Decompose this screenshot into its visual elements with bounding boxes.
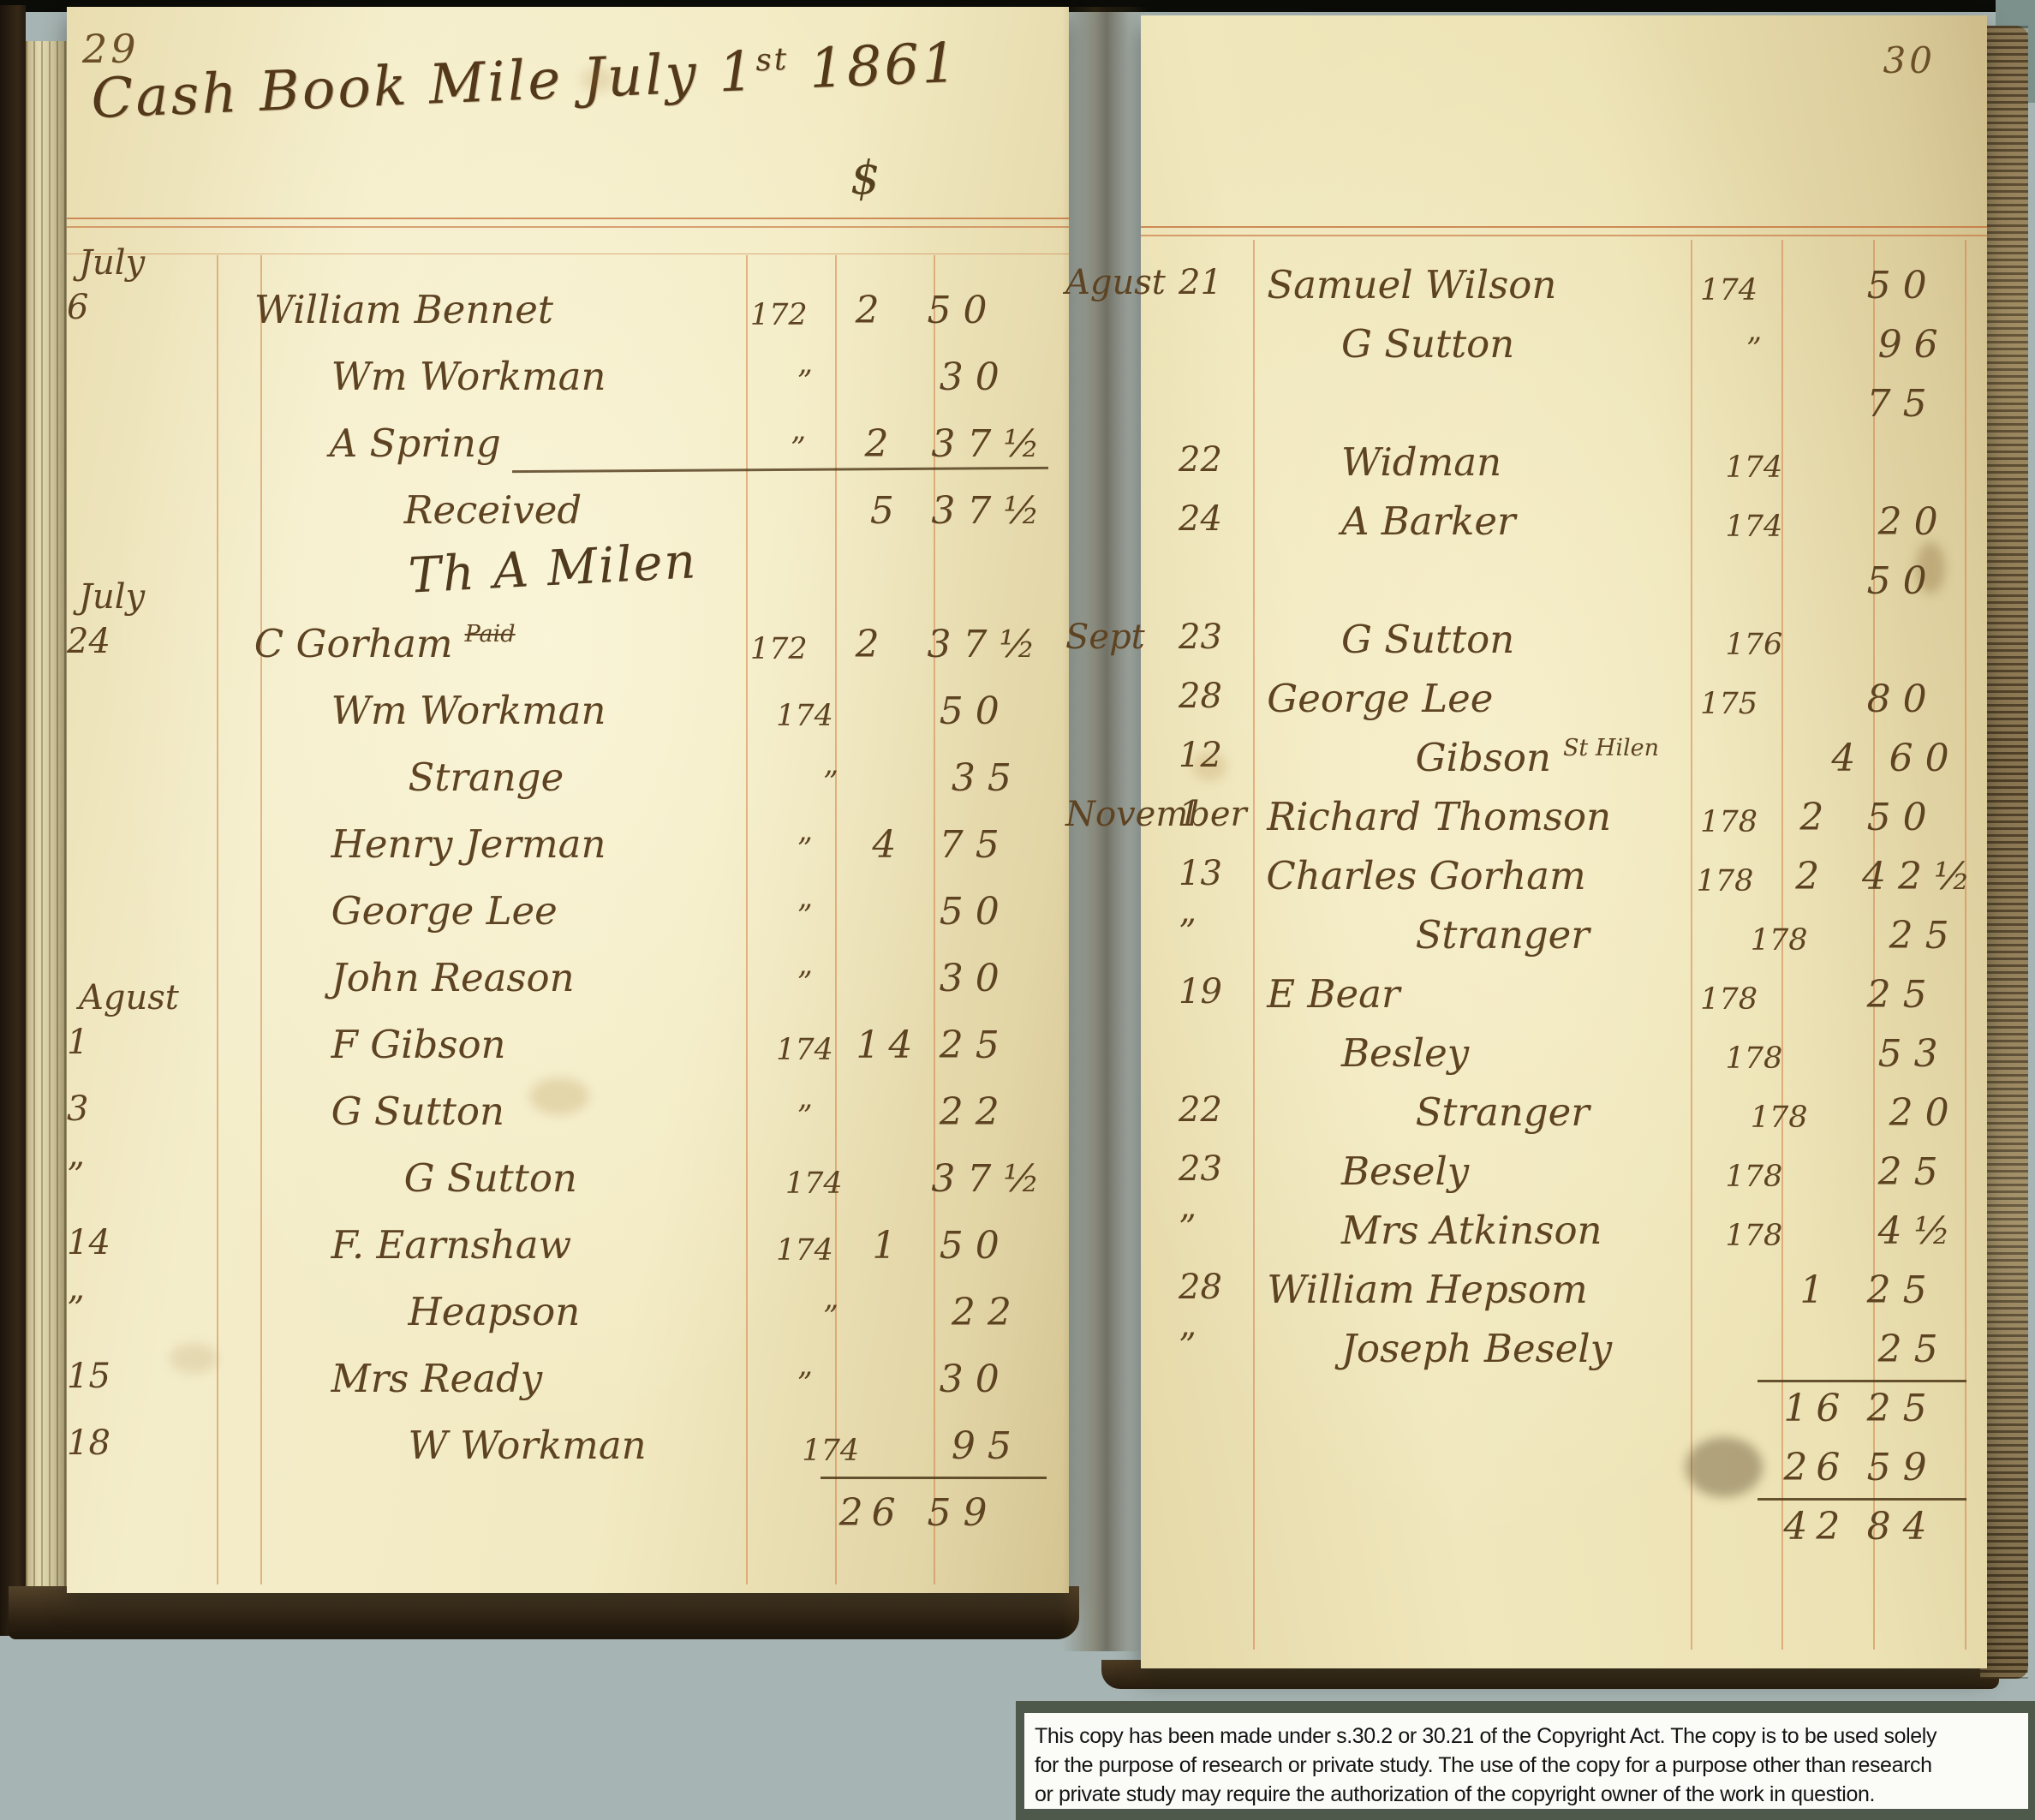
entry-day: 22 [1179, 1090, 1226, 1135]
ledger-row: 22Stranger17820 [1141, 1081, 1972, 1140]
entry-amount-dollars: 2 [823, 623, 921, 671]
ledger-row: Henry Jerman”475 [67, 805, 1052, 872]
dollar-sign: $ [850, 151, 880, 205]
entry-date-cell: 3 [67, 1089, 227, 1139]
entry-day: 21 [1179, 263, 1248, 307]
entry-amount-cents: 96 [1871, 323, 1972, 372]
entry-name: William Bennet [244, 287, 735, 337]
entry-amount-cents: 50 [921, 289, 1052, 337]
entry-name: A Barker [1237, 498, 1716, 549]
entry-amount-cents: 50 [933, 890, 1052, 939]
entry-amount-cents: 35 [945, 756, 1052, 805]
entry-amount-dollars: 2 [823, 289, 921, 337]
entry-amount-dollars: 4 [844, 823, 933, 872]
page-stain [581, 67, 615, 92]
entry-folio-ref: 174 [779, 1167, 848, 1206]
entry-date-cell: Sept23 [1141, 618, 1237, 667]
entry-day: 12 [1179, 736, 1226, 780]
entry-folio-ref: 172 [735, 298, 823, 337]
ledger-title-year: 1861 [788, 32, 960, 102]
entry-amount-cents: 25 [933, 1023, 1052, 1072]
entry-amount-cents: 75 [1860, 382, 1972, 431]
ledger-row: Agust21Samuel Wilson17450 [1141, 254, 1972, 313]
entry-folio-ref: 178 [1682, 864, 1769, 904]
entry-name: Besely [1237, 1149, 1716, 1199]
entry-day: ” [1179, 913, 1226, 958]
entry-name: E Bear [1248, 971, 1686, 1022]
entry-folio-ref: 174 [765, 699, 844, 738]
entry-amount-cents: 30 [933, 957, 1052, 1005]
entry-amount-cents: 25 [1883, 914, 1972, 963]
entry-amount-dollars: 2 [838, 422, 925, 471]
entry-day: 13 [1179, 854, 1247, 898]
entry-date-cell: 23 [1141, 1149, 1237, 1199]
copyright-notice: This copy has been made under s.30.2 or … [1024, 1713, 2028, 1809]
scanned-ledger-page: 29 Cash Book Mile July 1st 1861 $ July6W… [0, 0, 2035, 1820]
entry-date-cell: 15 [67, 1357, 227, 1406]
entry-amount-cents: 59 [1860, 1446, 1972, 1495]
entry-note: St Hilen [1563, 735, 1659, 761]
copyright-notice-line: This copy has been made under s.30.2 or … [1035, 1722, 2018, 1751]
entry-date-cell: 28 [1141, 1268, 1248, 1317]
ledger-row: July6William Bennet172250 [67, 271, 1052, 337]
entry-amount-dollars: 16 [1772, 1387, 1859, 1435]
ledger-row: Besley17853 [1141, 1022, 1972, 1081]
book-fore-edge [1980, 26, 2028, 1679]
ledger-row: July24C GorhamPaid172237½ [67, 605, 1052, 671]
entry-day: 28 [1179, 1268, 1248, 1312]
entry-amount-dollars: 4 [1813, 737, 1883, 785]
entry-name: Stranger [1226, 1089, 1746, 1140]
copyright-notice-line: for the purpose of research or private s… [1035, 1751, 2018, 1780]
entry-folio-ref: 178 [1745, 923, 1813, 963]
ledger-row: 14F. Earnshaw174150 [67, 1206, 1052, 1273]
entry-date-cell: 22 [1141, 1090, 1226, 1140]
ledger-row: 24A Barker17420 [1141, 490, 1972, 549]
entry-folio-ref: 178 [1716, 1219, 1793, 1258]
header-rule [67, 218, 1069, 228]
entry-name: William Hepsom [1248, 1267, 1686, 1317]
entry-name: Mrs Atkinson [1237, 1208, 1716, 1258]
entry-name: Stranger [1226, 912, 1746, 963]
header-rule [1141, 226, 1987, 236]
ledger-row: 19E Bear17825 [1141, 963, 1972, 1022]
entry-name: Joseph Besely [1237, 1326, 1716, 1376]
ledger-row: G Sutton”96 [1141, 313, 1972, 372]
entry-amount-cents: 50 [1860, 264, 1972, 313]
ledger-row: 12GibsonSt Hilen460 [1141, 726, 1972, 785]
entry-amount-cents: 25 [1860, 1268, 1972, 1317]
entry-month: November [1065, 795, 1247, 839]
entry-name: G Sutton [1237, 617, 1716, 667]
entry-folio-ref: ” [1716, 332, 1793, 372]
entry-amount-cents: 22 [933, 1090, 1052, 1139]
entry-name: Heapson [210, 1289, 796, 1340]
entry-day: 19 [1179, 972, 1248, 1017]
entry-name: Charles Gorham [1247, 853, 1681, 904]
entry-month: Agust [1065, 263, 1166, 307]
entry-folio-ref: ” [795, 766, 866, 805]
entry-folio-ref: 175 [1686, 687, 1772, 726]
entry-amount-cents: 53 [1871, 1032, 1972, 1081]
ledger-row: 50 [1141, 549, 1972, 608]
ledger-total-row: 2659 [67, 1473, 1052, 1540]
entry-name: A Spring [225, 421, 759, 471]
entry-name: Wm Workman [227, 354, 765, 404]
entry-name: Mrs Ready [227, 1356, 765, 1406]
ledger-row: 75 [1141, 372, 1972, 431]
entry-amount-cents: 37½ [921, 623, 1052, 671]
entry-name: Widman [1237, 439, 1716, 490]
entry-name: G Sutton [1237, 321, 1716, 372]
entry-day: 6 [67, 288, 244, 332]
entry-date-cell: July24 [67, 577, 244, 671]
entry-folio-ref: 178 [1686, 982, 1772, 1022]
entry-day: 14 [67, 1223, 227, 1268]
entry-amount-cents: 30 [933, 355, 1052, 404]
entry-date-cell: ” [67, 1290, 210, 1340]
ledger-title-text: Cash Book Mile July 1 [90, 40, 757, 131]
ledger-page-right: 30 Agust21Samuel Wilson17450G Sutton”967… [1141, 15, 1987, 1668]
entry-amount-cents: 20 [1883, 1091, 1972, 1140]
entry-folio-ref: ” [765, 1100, 844, 1139]
entry-day: 18 [67, 1423, 210, 1468]
ledger-row: George Lee”50 [67, 872, 1052, 939]
entry-day: 15 [67, 1357, 227, 1401]
entry-amount-cents: 25 [1871, 1328, 1972, 1376]
book-bottom-edge-left [9, 1586, 1079, 1639]
entry-amount-cents: 42½ [1855, 855, 1972, 904]
entry-day: 24 [1179, 499, 1237, 544]
entry-date-cell: July6 [67, 243, 244, 337]
entry-amount-cents: 50 [1860, 796, 1972, 844]
entry-amount-cents: 50 [933, 1224, 1052, 1273]
entry-amount-cents: 20 [1871, 500, 1972, 549]
ledger-row: Wm Workman17450 [67, 671, 1052, 738]
ledger-row: A Spring”237½ [67, 404, 1052, 471]
entry-day: ” [1179, 1327, 1237, 1371]
ledger-row: 3G Sutton”22 [67, 1072, 1052, 1139]
entry-name: Strange [210, 755, 796, 805]
entry-day: 23 [1179, 1149, 1237, 1194]
entry-date-cell: November1 [1141, 795, 1248, 844]
ledger-rows-left: July6William Bennet172250Wm Workman”30A … [67, 271, 1052, 1540]
ledger-row: Sept23G Sutton176 [1141, 608, 1972, 667]
entry-date-cell [1141, 1548, 1248, 1554]
entry-date-cell: 14 [67, 1223, 227, 1273]
entry-amount-cents: 95 [945, 1424, 1052, 1473]
ledger-row: Received537½ [67, 471, 1052, 538]
entry-date-cell: Agust1 [67, 978, 227, 1072]
entry-amount-cents: 80 [1860, 677, 1972, 726]
entry-amount-cents: 30 [933, 1358, 1052, 1406]
entry-date-cell: 12 [1141, 736, 1226, 785]
ledger-total-row: 2659 [1141, 1435, 1972, 1495]
entry-date-cell [67, 1535, 244, 1540]
entry-folio-ref: 174 [765, 1033, 844, 1072]
entry-name: G Sutton [206, 1155, 779, 1206]
ledger-row: November1Richard Thomson178250 [1141, 785, 1972, 844]
entry-amount-cents: 37½ [924, 489, 1052, 538]
entry-folio-ref: 178 [1716, 1160, 1793, 1199]
page-number-left: 29 [82, 26, 140, 72]
entry-name: Samuel Wilson [1248, 262, 1686, 313]
entry-month: July [67, 243, 207, 288]
entry-folio-ref: 174 [765, 1233, 844, 1273]
entry-month: Agust [67, 978, 207, 1023]
entry-date-cell: 24 [1141, 499, 1237, 549]
entry-amount-dollars: 1 [1772, 1268, 1859, 1317]
entry-month: July [67, 577, 207, 622]
entry-folio-ref: 178 [1686, 805, 1772, 844]
entry-amount-dollars: 26 [823, 1491, 921, 1540]
entry-day: 22 [1179, 440, 1237, 485]
ledger-title-ordinal: st [755, 42, 790, 79]
entry-folio-ref: 176 [1716, 628, 1793, 667]
entry-amount-cents: 50 [933, 689, 1052, 738]
entry-name: C GorhamPaid [244, 621, 735, 671]
entry-date-cell: 18 [67, 1423, 210, 1473]
ledger-row: 28William Hepsom125 [1141, 1258, 1972, 1317]
entry-folio-ref: 174 [1686, 273, 1772, 313]
entry-name: GibsonSt Hilen [1226, 735, 1746, 785]
book-cover-edge [0, 5, 26, 1636]
ledger-row: 28George Lee17580 [1141, 667, 1972, 726]
entry-day: 3 [67, 1089, 227, 1134]
entry-date-cell: Agust21 [1141, 263, 1248, 313]
entry-day: 1 [67, 1023, 227, 1067]
page-edge-stack [26, 41, 70, 1617]
ledger-row: 13Charles Gorham178242½ [1141, 844, 1972, 904]
entry-date-cell: 19 [1141, 972, 1248, 1022]
entry-amount-cents: 59 [921, 1491, 1052, 1540]
entry-name [1248, 1548, 1686, 1554]
entry-date-cell: 13 [1141, 854, 1247, 904]
entry-name: Besley [1237, 1030, 1716, 1081]
ledger-row: Strange”35 [67, 738, 1052, 805]
copyright-notice-line: or private study may require the authori… [1035, 1780, 2018, 1809]
entry-day: 24 [67, 622, 244, 666]
entry-amount-cents: 37½ [924, 1157, 1052, 1206]
entry-name: George Lee [1248, 676, 1686, 726]
entry-folio-ref: 174 [1716, 451, 1793, 490]
entry-amount-cents: 25 [1860, 973, 1972, 1022]
entry-amount-dollars: 2 [1772, 796, 1859, 844]
entry-name: Wm Workman [227, 688, 765, 738]
entry-date-cell: ” [1141, 1327, 1237, 1376]
entry-name: Henry Jerman [227, 821, 765, 872]
entry-folio-ref: ” [765, 966, 844, 1005]
entry-day: ” [67, 1290, 210, 1334]
entry-folio-ref: ” [765, 1367, 844, 1406]
ledger-title: Cash Book Mile July 1st 1861 [90, 32, 960, 131]
entry-amount-dollars: 26 [1772, 1446, 1859, 1495]
entry-amount-dollars: 2 [1768, 855, 1855, 904]
ledger-row: ”Heapson”22 [67, 1273, 1052, 1340]
entry-name: W Workman [210, 1423, 796, 1473]
ledger-total-row: 1625 [1141, 1376, 1972, 1435]
entry-amount-cents: 22 [945, 1291, 1052, 1340]
entry-folio-ref: ” [765, 832, 844, 872]
entry-day: ” [67, 1156, 206, 1201]
entry-name [244, 1535, 735, 1540]
entry-amount-cents: 37½ [924, 422, 1052, 471]
ledger-row: 15Mrs Ready”30 [67, 1340, 1052, 1406]
entry-folio-ref: ” [765, 899, 844, 939]
entry-amount-dollars: 14 [844, 1023, 933, 1072]
ledger-row: 22Widman174 [1141, 431, 1972, 490]
entry-amount-cents: 75 [933, 823, 1052, 872]
ledger-row: ”Joseph Besely25 [1141, 1317, 1972, 1376]
entry-folio-ref: 178 [1745, 1101, 1813, 1140]
entry-amount-cents: 25 [1871, 1150, 1972, 1199]
entry-folio-ref: ” [759, 432, 838, 471]
entry-folio-ref: 178 [1716, 1041, 1793, 1081]
ledger-row: Wm Workman”30 [67, 337, 1052, 404]
entry-folio-ref: 174 [795, 1434, 866, 1473]
entry-note: Paid [465, 621, 516, 647]
ledger-total-row: 4284 [1141, 1495, 1972, 1554]
entry-day: 23 [1179, 618, 1237, 662]
entry-folio-ref: 174 [1716, 510, 1793, 549]
entry-name: Richard Thomson [1248, 794, 1686, 844]
entry-amount-cents: 4½ [1871, 1209, 1972, 1258]
entry-name: John Reason [227, 955, 765, 1005]
entry-name: F Gibson [227, 1022, 765, 1072]
ledger-rows-right: Agust21Samuel Wilson17450G Sutton”967522… [1141, 254, 1972, 1554]
entry-date-cell: 28 [1141, 677, 1248, 726]
ledger-row: ”Stranger17825 [1141, 904, 1972, 963]
entry-amount-cents: 84 [1860, 1505, 1972, 1554]
ledger-row: ”Mrs Atkinson1784½ [1141, 1199, 1972, 1258]
entry-amount-cents: 25 [1860, 1387, 1972, 1435]
ledger-row: ”G Sutton17437½ [67, 1139, 1052, 1206]
entry-name: George Lee [227, 888, 765, 939]
entry-name: F. Earnshaw [227, 1222, 765, 1273]
entry-amount-dollars: 42 [1772, 1505, 1859, 1554]
entry-day: 28 [1179, 677, 1248, 721]
entry-amount-dollars: 5 [848, 489, 924, 538]
entry-month: Sept [1065, 618, 1145, 662]
entry-folio-ref [735, 1535, 823, 1540]
entry-date-cell: ” [1141, 1208, 1237, 1258]
entry-folio-ref [1686, 1548, 1772, 1554]
entry-folio-ref: ” [795, 1300, 866, 1340]
entry-date-cell: ” [67, 1156, 206, 1206]
ledger-row: 18W Workman17495 [67, 1406, 1052, 1473]
entry-amount-cents: 50 [1860, 559, 1972, 608]
entry-day: ” [1179, 1208, 1237, 1253]
ledger-row: 23Besely17825 [1141, 1140, 1972, 1199]
entry-date-cell: 22 [1141, 440, 1237, 490]
page-number-right: 30 [1883, 39, 1936, 81]
entry-amount-dollars: 1 [844, 1224, 933, 1273]
entry-folio-ref: 172 [735, 632, 823, 671]
entry-date-cell: ” [1141, 913, 1226, 963]
entry-name: Received [206, 487, 779, 538]
ledger-row: Agust1F Gibson1741425 [67, 1005, 1052, 1072]
ledger-page-left: 29 Cash Book Mile July 1st 1861 $ July6W… [67, 7, 1069, 1593]
entry-amount-cents: 60 [1883, 737, 1972, 785]
entry-folio-ref: ” [765, 365, 844, 404]
entry-name: G Sutton [227, 1089, 765, 1139]
